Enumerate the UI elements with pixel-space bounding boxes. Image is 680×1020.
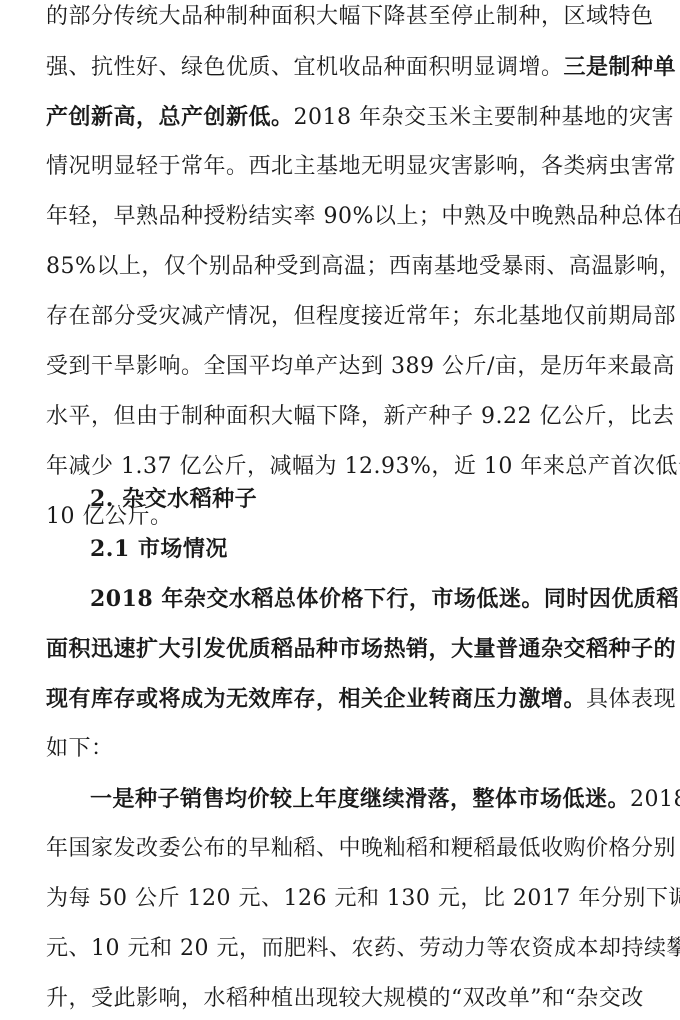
text-line: 存在部分受灾减产情况，但程度接近常年；东北基地仅前期局部 (46, 302, 640, 332)
text-line: 水平，但由于制种面积大幅下降，新产种子 9.22 亿公斤，比去 (46, 402, 640, 432)
text-line: 现有库存或将成为无效库存，相关企业转商压力激增。具体表现 (46, 684, 640, 714)
text-line: 年轻，早熟品种授粉结实率 90%以上；中熟及中晚熟品种总体在 (46, 202, 640, 232)
section-heading-text: 2. 杂交水稻种子 (90, 486, 257, 512)
text-segment: 受到干旱影响。全国平均单产达到 389 公斤/亩，是历年来最高 (46, 354, 675, 379)
text-segment: 的部分传统大品种制种面积大幅下降甚至停止制种，区域特色 (46, 4, 654, 29)
text-segment: 2018 年杂交玉米主要制种基地的灾害 (294, 105, 674, 130)
text-segment: 存在部分受灾减产情况，但程度接近常年；东北基地仅前期局部 (46, 304, 676, 329)
text-segment: 具体表现 (586, 687, 676, 712)
subsection-heading-text: 2.1 市场情况 (90, 536, 228, 562)
text-line: 一是种子销售均价较上年度继续滑落，整体市场低迷。2018 (90, 784, 640, 814)
text-line: 产创新高，总产创新低。2018 年杂交玉米主要制种基地的灾害 (46, 102, 640, 132)
text-segment: 为每 50 公斤 120 元、126 元和 130 元，比 2017 年分别下调… (46, 886, 680, 911)
text-segment: 年减少 1.37 亿公斤，减幅为 12.93%，近 10 年来总产首次低于 (46, 454, 680, 479)
text-segment: 年国家发改委公布的早籼稻、中晚籼稻和粳稻最低收购价格分别 (46, 836, 676, 861)
text-line: 85%以上，仅个别品种受到高温；西南基地受暴雨、高温影响， (46, 252, 640, 282)
text-line: 强、抗性好、绿色优质、宜机收品种面积明显调增。三是制种单 (46, 52, 640, 82)
bold-heading-segment: 一是种子销售均价较上年度继续滑落，整体市场低迷。 (90, 786, 630, 812)
section-heading: 2. 杂交水稻种子 (90, 484, 640, 514)
text-segment: 升，受此影响，水稻种植出现较大规模的“双改单”和“杂交改 (46, 986, 644, 1011)
text-line: 如下： (46, 734, 640, 764)
text-line: 年国家发改委公布的早籼稻、中晚籼稻和粳稻最低收购价格分别 (46, 834, 640, 864)
text-line: 为每 50 公斤 120 元、126 元和 130 元，比 2017 年分别下调… (46, 884, 640, 914)
text-line: 年减少 1.37 亿公斤，减幅为 12.93%，近 10 年来总产首次低于 (46, 452, 640, 482)
subsection-heading: 2.1 市场情况 (90, 534, 640, 564)
text-line: 面积迅速扩大引发优质稻品种市场热销，大量普通杂交稻种子的 (46, 634, 640, 664)
bold-heading-segment: 产创新高，总产创新低。 (46, 104, 294, 130)
text-segment: 85%以上，仅个别品种受到高温；西南基地受暴雨、高温影响， (46, 254, 680, 279)
bold-heading-segment: 三是制种单 (564, 54, 677, 80)
bold-heading-segment: 2018 年杂交水稻总体价格下行，市场低迷。同时因优质稻 (90, 586, 679, 612)
text-segment: 强、抗性好、绿色优质、宜机收品种面积明显调增。 (46, 55, 564, 80)
text-line: 2018 年杂交水稻总体价格下行，市场低迷。同时因优质稻 (90, 584, 640, 614)
text-line: 受到干旱影响。全国平均单产达到 389 公斤/亩，是历年来最高 (46, 352, 640, 382)
text-line: 升，受此影响，水稻种植出现较大规模的“双改单”和“杂交改 (46, 984, 640, 1014)
text-segment: 2018 (630, 787, 680, 812)
text-segment: 水平，但由于制种面积大幅下降，新产种子 9.22 亿公斤，比去 (46, 404, 674, 429)
text-line: 元、10 元和 20 元，而肥料、农药、劳动力等农资成本却持续攀 (46, 934, 640, 964)
text-segment: 元、10 元和 20 元，而肥料、农药、劳动力等农资成本却持续攀 (46, 936, 680, 961)
text-segment: 年轻，早熟品种授粉结实率 90%以上；中熟及中晚熟品种总体在 (46, 204, 680, 229)
text-line: 的部分传统大品种制种面积大幅下降甚至停止制种，区域特色 (46, 2, 640, 32)
text-segment: 情况明显轻于常年。西北主基地无明显灾害影响，各类病虫害常 (46, 154, 676, 179)
bold-heading-segment: 现有库存或将成为无效库存，相关企业转商压力激增。 (46, 686, 586, 712)
text-segment: 如下： (46, 736, 114, 761)
text-line: 情况明显轻于常年。西北主基地无明显灾害影响，各类病虫害常 (46, 152, 640, 182)
bold-heading-segment: 面积迅速扩大引发优质稻品种市场热销，大量普通杂交稻种子的 (46, 636, 676, 662)
document-page: 的部分传统大品种制种面积大幅下降甚至停止制种，区域特色 强、抗性好、绿色优质、宜… (0, 0, 680, 1020)
